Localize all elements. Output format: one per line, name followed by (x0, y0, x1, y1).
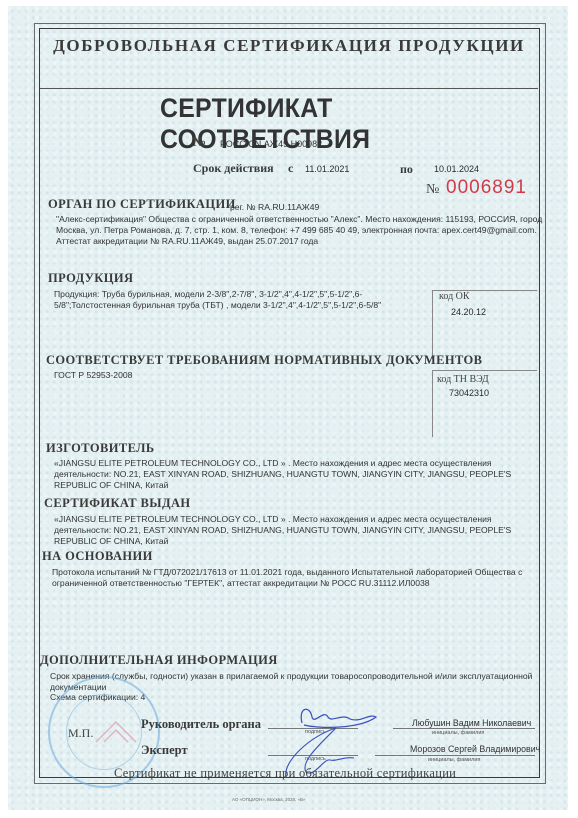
tnved-code-value: 73042310 (449, 388, 489, 398)
expert-label: Эксперт (141, 743, 188, 758)
issued-to-line1: «JIANGSU ELITE PETROLEUM TECHNOLOGY CO.,… (54, 514, 492, 525)
blank-serial-number: 0006891 (446, 177, 527, 199)
product-line2: 5/8";Толстостенная бурильная труба (ТБТ)… (54, 300, 381, 311)
printer-imprint: АО «ОПЦИОН», Москва, 2020, «Б» (232, 797, 306, 802)
manufacturer-line3: REPUBLIC OF CHINA, Китай (54, 480, 168, 491)
voluntary-certification-title: ДОБРОВОЛЬНАЯ СЕРТИФИКАЦИЯ ПРОДУКЦИИ (40, 36, 538, 56)
additional-info-heading: ДОПОЛНИТЕЛЬНАЯ ИНФОРМАЦИЯ (40, 653, 278, 668)
stamp-place-label: М.П. (68, 726, 93, 741)
number-label: № (193, 134, 206, 150)
issued-to-line2: деятельности: NO.21, EAST XINYAN ROAD, S… (54, 525, 511, 536)
validity-label: Срок действия (193, 161, 274, 176)
manufacturer-line1: «JIANGSU ELITE PETROLEUM TECHNOLOGY CO.,… (54, 458, 492, 469)
expert-name-caption: инициалы, фамилия (428, 757, 480, 763)
ok-code-value: 24.20.12 (451, 307, 486, 317)
head-of-body-label: Руководитель органа (141, 717, 261, 732)
ok-code-box: код ОК 24.20.12 (432, 290, 537, 359)
certification-body-line2: Москва, ул. Петра Романова, д. 7, стр. 1… (56, 225, 537, 236)
valid-to-date: 10.01.2024 (434, 164, 479, 174)
valid-to-label: по (400, 162, 413, 177)
certification-body-line1: "Алекс-сертификация" Общества с ограниче… (56, 214, 556, 225)
basis-line2: ограниченной ответственностью "ГЕРТЕК", … (52, 578, 430, 589)
standard-value: ГОСТ Р 52953-2008 (54, 370, 132, 381)
tnved-code-box: код ТН ВЭД 73042310 (432, 370, 537, 437)
product-heading: ПРОДУКЦИЯ (48, 271, 133, 286)
certification-body-reg: рег. № RA.RU.11АЖ49 (230, 202, 319, 213)
expert-name-line (375, 755, 535, 756)
head-name-caption: инициалы, фамилия (432, 730, 484, 736)
certificate-title: СЕРТИФИКАТ СООТВЕТСТВИЯ (160, 93, 545, 155)
blank-number-label: № (426, 182, 439, 198)
issued-to-line3: REPUBLIC OF CHINA, Китай (54, 536, 168, 547)
manufacturer-line2: деятельности: NO.21, EAST XINYAN ROAD, S… (54, 469, 511, 480)
head-name-line (393, 728, 535, 729)
certification-body-heading: ОРГАН ПО СЕРТИФИКАЦИИ (48, 197, 236, 212)
valid-from-date: 11.01.2021 (305, 164, 349, 174)
certificate-number: РОСС CN.АЖ49.Н00982 (220, 139, 322, 149)
certification-body-line3: Аттестат аккредитации № RA.RU.11АЖ49, вы… (56, 236, 318, 247)
issued-to-heading: СЕРТИФИКАТ ВЫДАН (44, 496, 191, 511)
basis-heading: НА ОСНОВАНИИ (42, 549, 153, 564)
voluntary-note: Сертификат не применяется при обязательн… (114, 766, 456, 781)
expert-name: Морозов Сергей Владимирович (410, 744, 540, 754)
compliance-heading: СООТВЕТСТВУЕТ ТРЕБОВАНИЯМ НОРМАТИВНЫХ ДО… (46, 353, 482, 368)
basis-line1: Протокола испытаний № ГТД/072021/17613 о… (52, 567, 522, 578)
manufacturer-heading: ИЗГОТОВИТЕЛЬ (46, 441, 155, 456)
header-divider (40, 88, 538, 89)
ok-code-label: код ОК (439, 291, 470, 302)
stamp-emblem-icon (94, 718, 138, 744)
head-name: Любушин Вадим Николаевич (412, 718, 531, 728)
product-line1: Продукция: Труба бурильная, модели 2-3/8… (54, 289, 362, 300)
tnved-code-label: код ТН ВЭД (437, 374, 489, 385)
valid-from-label: с (288, 161, 293, 176)
